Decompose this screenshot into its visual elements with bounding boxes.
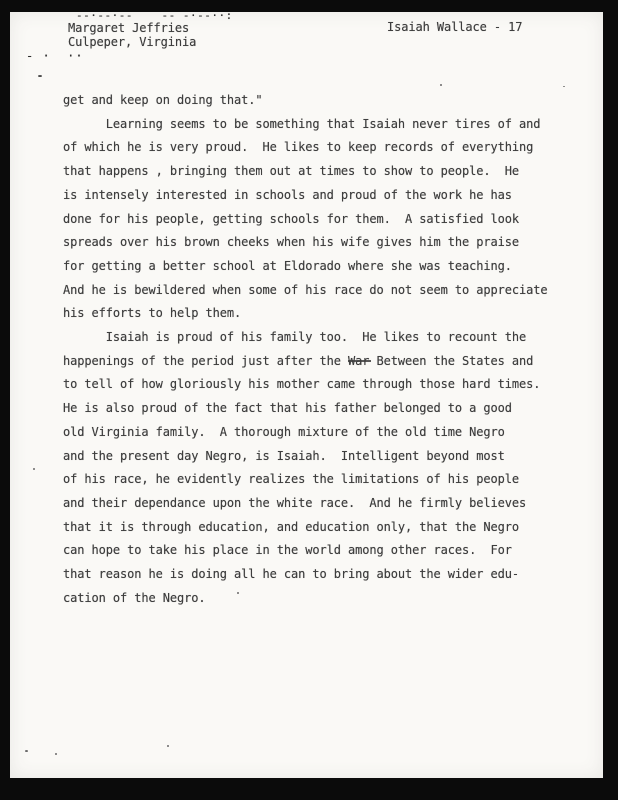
document-line: can hope to take his place in the world … [63, 539, 573, 563]
document-line: get and keep on doing that." [63, 89, 573, 113]
author-location: Culpeper, Virginia [68, 36, 196, 50]
document-line: Learning seems to be something that Isai… [63, 113, 573, 137]
document-line: for getting a better school at Eldorado … [63, 255, 573, 279]
document-line: is intensely interested in schools and p… [63, 184, 573, 208]
document-line: and the present day Negro, is Isaiah. In… [63, 445, 573, 469]
document-page: --·--·-- -- -·--··: Margaret Jeffries Cu… [10, 12, 603, 778]
document-line: of which he is very proud. He likes to k… [63, 136, 573, 160]
document-body: get and keep on doing that." Learning se… [63, 89, 573, 610]
margin-marks: - · ·· [26, 49, 84, 63]
scan-speck [38, 75, 42, 77]
author-name: Margaret Jeffries [68, 22, 196, 36]
scan-speck [440, 84, 442, 86]
scan-speck [33, 468, 35, 470]
document-line: Isaiah is proud of his family too. He li… [63, 326, 573, 350]
scan-speck [167, 745, 169, 747]
document-line: and their dependance upon the white race… [63, 492, 573, 516]
scan-speck [237, 592, 239, 594]
document-line: that happens , bringing them out at time… [63, 160, 573, 184]
document-line: cation of the Negro. [63, 587, 573, 611]
document-line: He is also proud of the fact that his fa… [63, 397, 573, 421]
scan-speck [563, 86, 565, 87]
document-line: old Virginia family. A thorough mixture … [63, 421, 573, 445]
document-line: of his race, he evidently realizes the l… [63, 468, 573, 492]
document-line: that it is through education, and educat… [63, 516, 573, 540]
war-strikethrough-mark [348, 360, 371, 362]
document-line: spreads over his brown cheeks when his w… [63, 231, 573, 255]
document-line: done for his people, getting schools for… [63, 208, 573, 232]
document-line: to tell of how gloriously his mother cam… [63, 373, 573, 397]
document-line: happenings of the period just after the … [63, 350, 573, 374]
page-header-label: Isaiah Wallace - 17 [387, 20, 522, 34]
document-line: And he is bewildered when some of his ra… [63, 279, 573, 303]
document-line: his efforts to help them. [63, 302, 573, 326]
author-block: Margaret Jeffries Culpeper, Virginia [68, 22, 196, 49]
document-line: that reason he is doing all he can to br… [63, 563, 573, 587]
scan-speck [55, 753, 57, 755]
scan-speck [25, 750, 28, 752]
scanned-document: --·--·-- -- -·--··: Margaret Jeffries Cu… [0, 0, 618, 800]
